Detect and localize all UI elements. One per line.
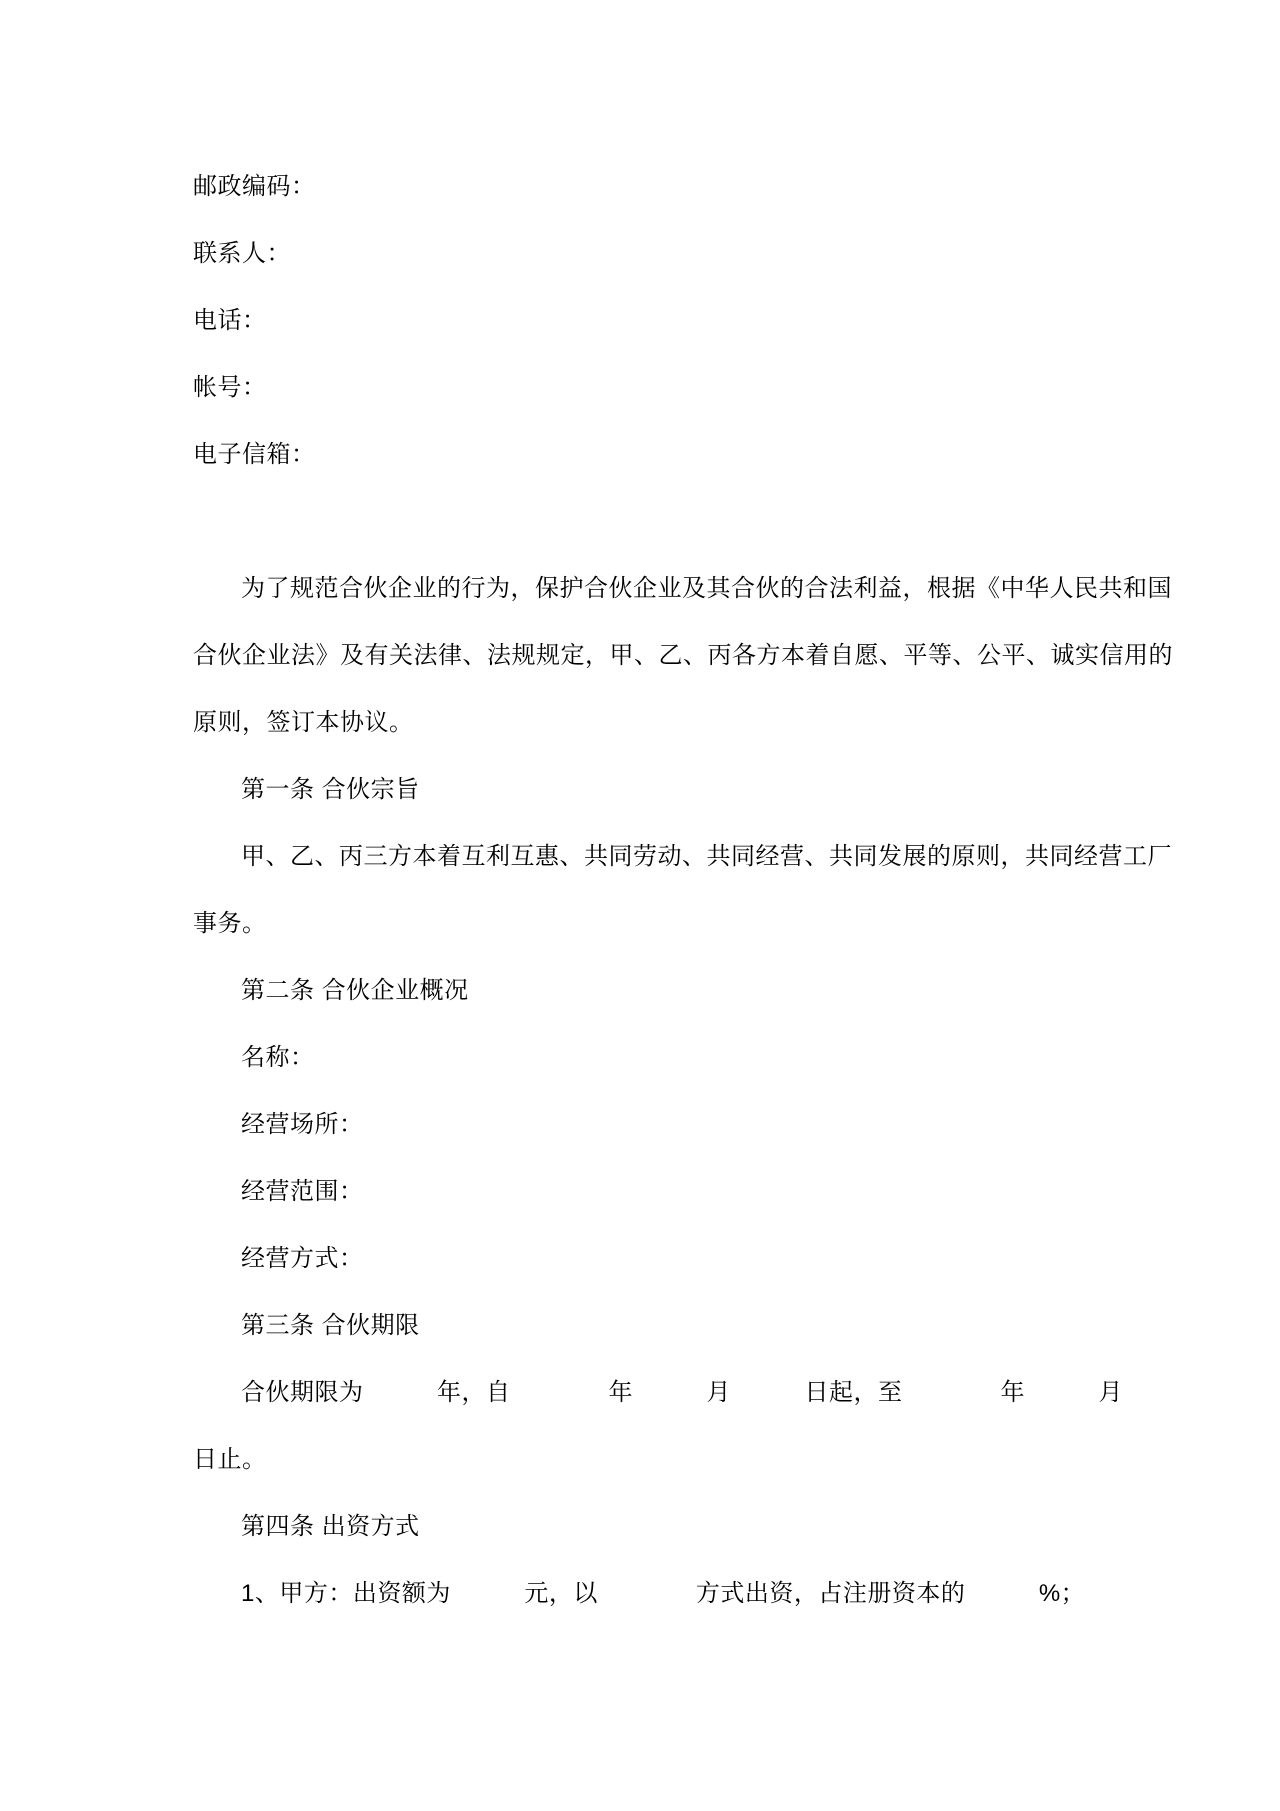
field-label-enterprise-name: 名称： (193, 1024, 1103, 1091)
field-label-account-number: 帐号： (193, 354, 1103, 421)
field-label-phone: 电话： (193, 287, 1103, 354)
field-label-business-premises: 经营场所： (193, 1091, 1103, 1158)
article-4-item-1: 1、甲方：出资额为 元，以 方式出资，占注册资本的 %； (193, 1560, 1103, 1627)
field-label-email: 电子信箱： (193, 421, 1103, 488)
preamble-line-1: 为了规范合伙企业的行为，保护合伙企业及其合伙的合法利益，根据《中华人民共和国 (193, 555, 1103, 622)
field-label-postal-code: 邮政编码： (193, 153, 1103, 220)
article-2-heading: 第二条 合伙企业概况 (193, 957, 1103, 1024)
article-1-body-line-2: 事务。 (193, 890, 1103, 957)
article-3-heading: 第三条 合伙期限 (193, 1292, 1103, 1359)
article-1-heading: 第一条 合伙宗旨 (193, 756, 1103, 823)
partnership-agreement-body: 邮政编码： 联系人： 电话： 帐号： 电子信箱： 为了规范合伙企业的行为，保护合… (193, 153, 1103, 1627)
field-label-business-scope: 经营范围： (193, 1158, 1103, 1225)
article-3-body-line-2: 日止。 (193, 1426, 1103, 1493)
field-label-business-mode: 经营方式： (193, 1225, 1103, 1292)
preamble-line-3: 原则，签订本协议。 (193, 689, 1103, 756)
article-3-body-line-1: 合伙期限为 年，自 年 月 日起，至 年 月 (193, 1359, 1103, 1426)
field-label-contact-person: 联系人： (193, 220, 1103, 287)
article-4-heading: 第四条 出资方式 (193, 1493, 1103, 1560)
document-page: 邮政编码： 联系人： 电话： 帐号： 电子信箱： 为了规范合伙企业的行为，保护合… (0, 0, 1280, 1811)
article-1-body-line-1: 甲、乙、丙三方本着互利互惠、共同劳动、共同经营、共同发展的原则，共同经营工厂 (193, 823, 1103, 890)
preamble-line-2: 合伙企业法》及有关法律、法规规定，甲、乙、丙各方本着自愿、平等、公平、诚实信用的 (193, 622, 1103, 689)
blank-line (193, 488, 1103, 555)
